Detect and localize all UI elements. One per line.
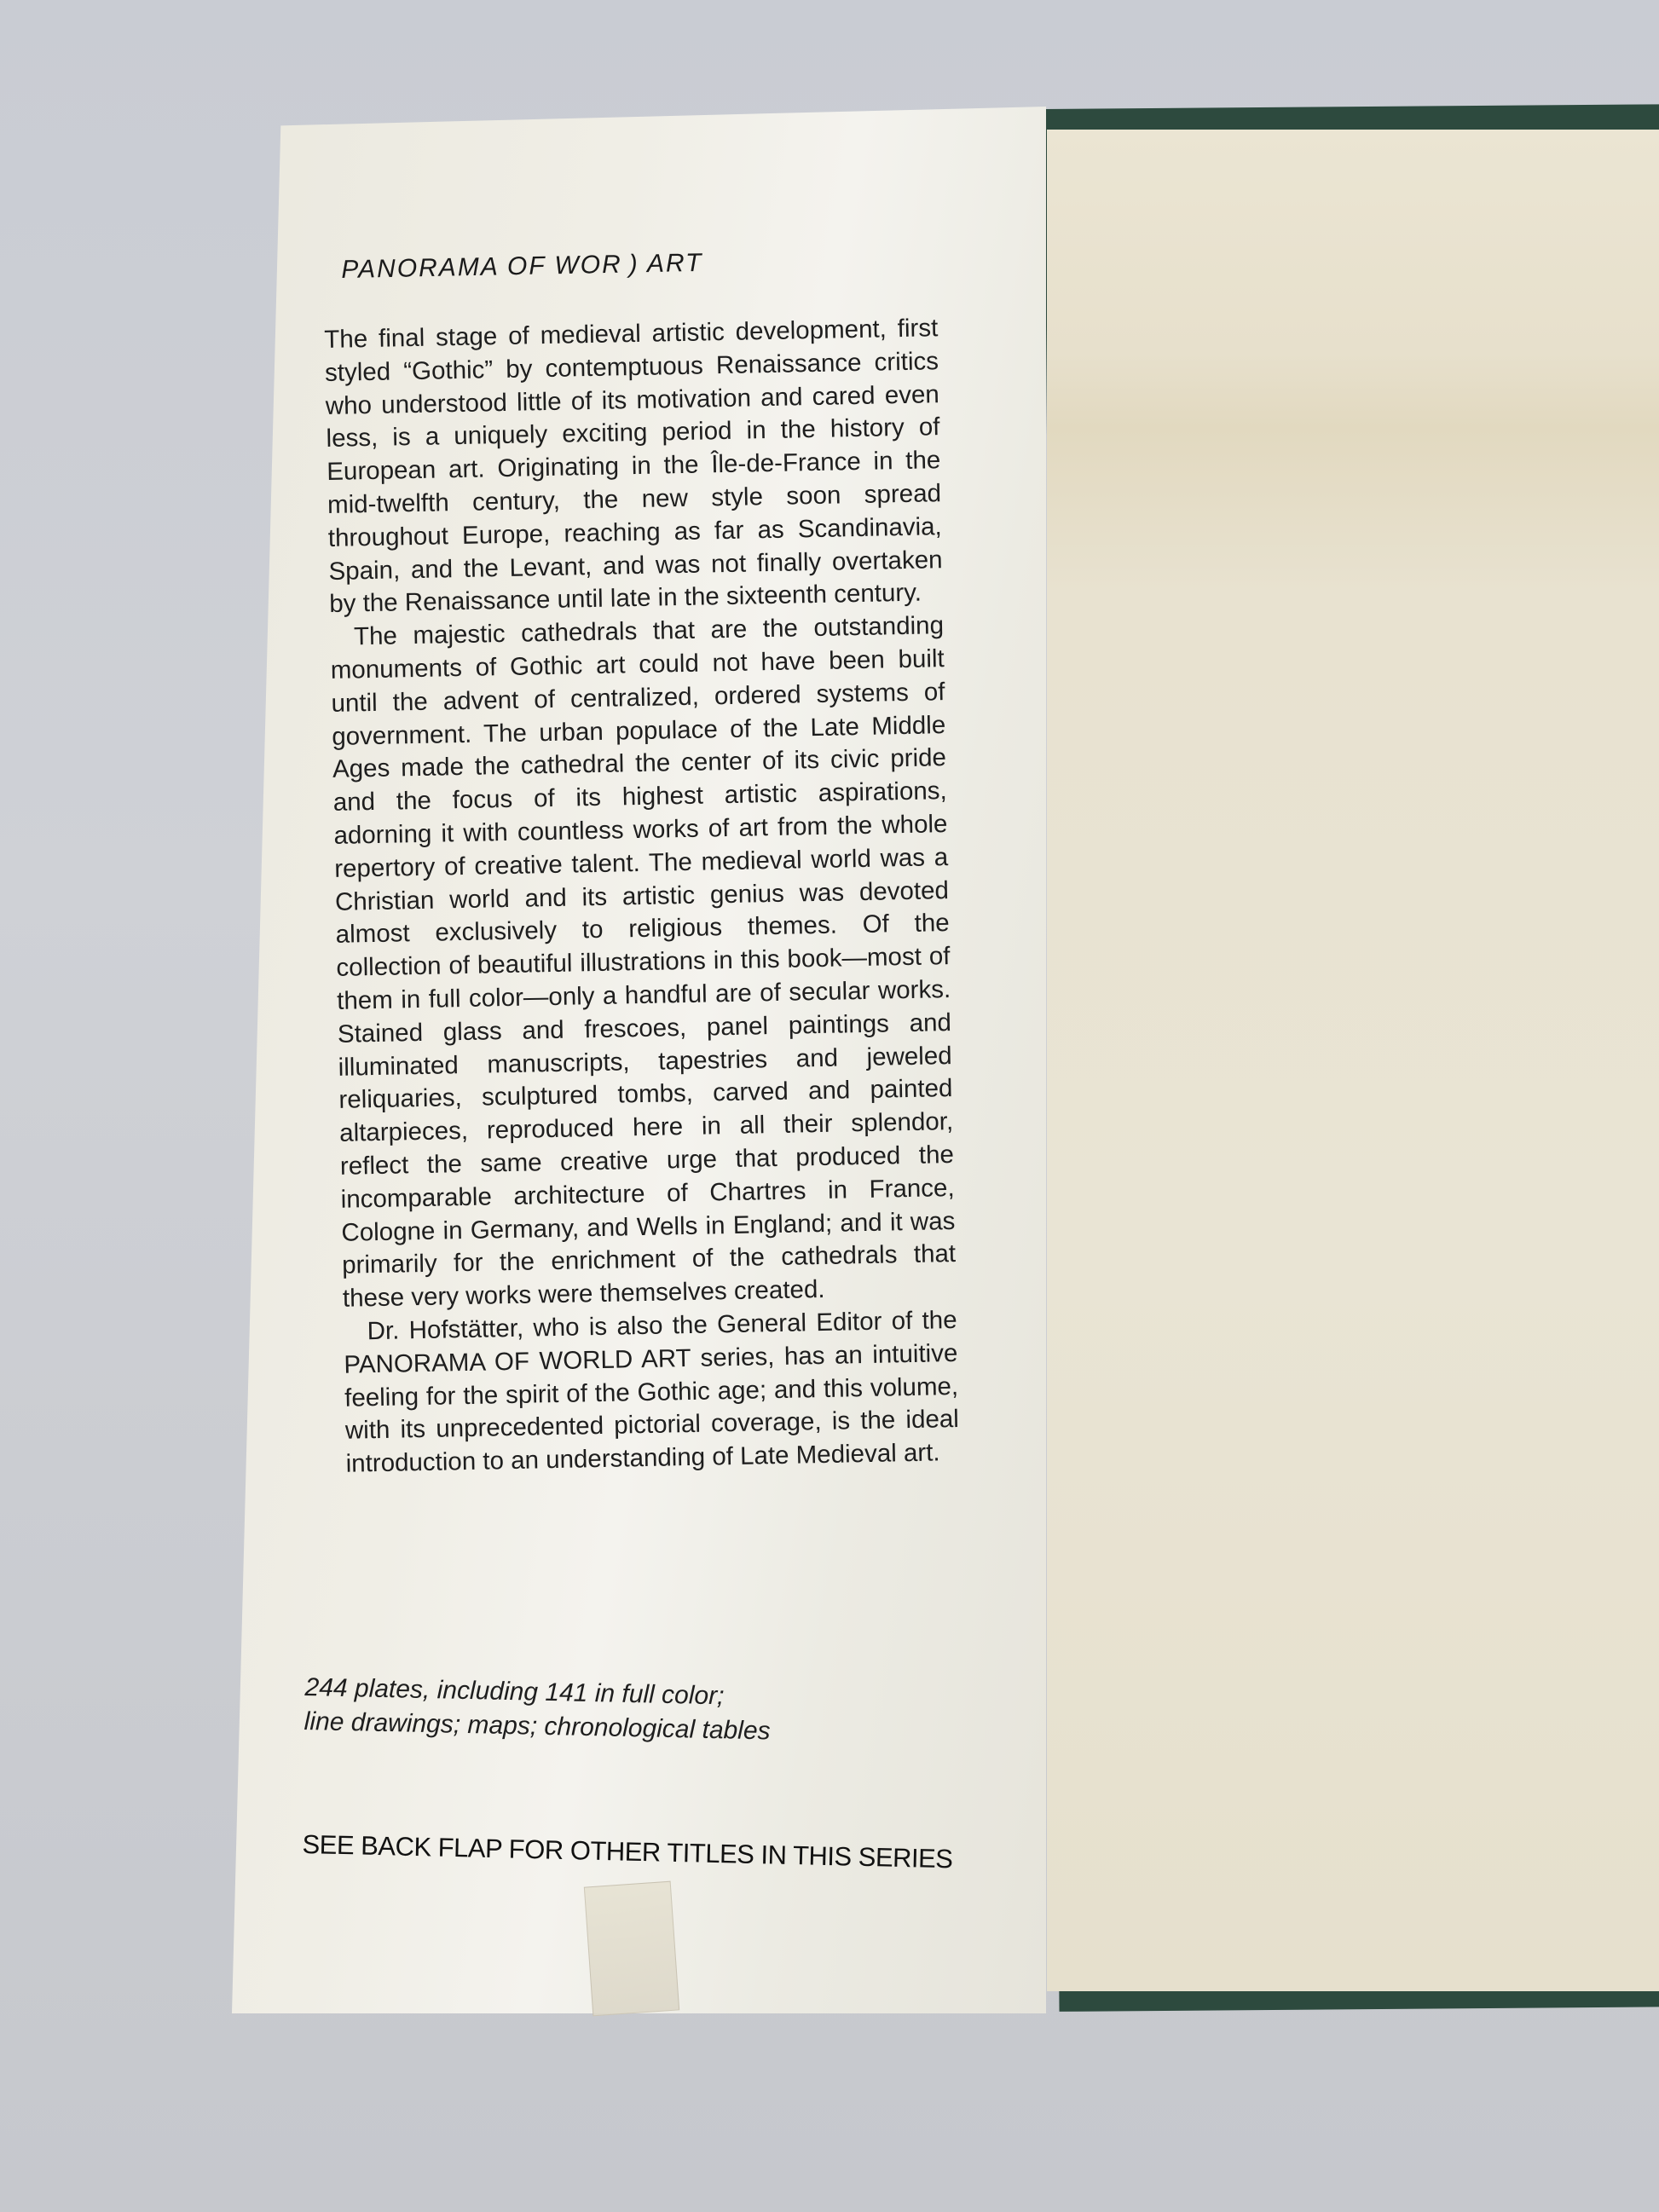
tape-strip xyxy=(584,1881,679,2017)
flap-blurb: The final stage of medieval artistic dev… xyxy=(324,312,960,1481)
blurb-paragraph: The majestic cathedrals that are the out… xyxy=(330,609,957,1315)
blurb-paragraph: The final stage of medieval artistic dev… xyxy=(324,312,944,621)
blurb-paragraph: Dr. Hofstätter, who is also the General … xyxy=(343,1304,960,1481)
endpaper xyxy=(1047,130,1659,1991)
plates-info: 244 plates, including 141 in full color;… xyxy=(303,1671,919,1752)
